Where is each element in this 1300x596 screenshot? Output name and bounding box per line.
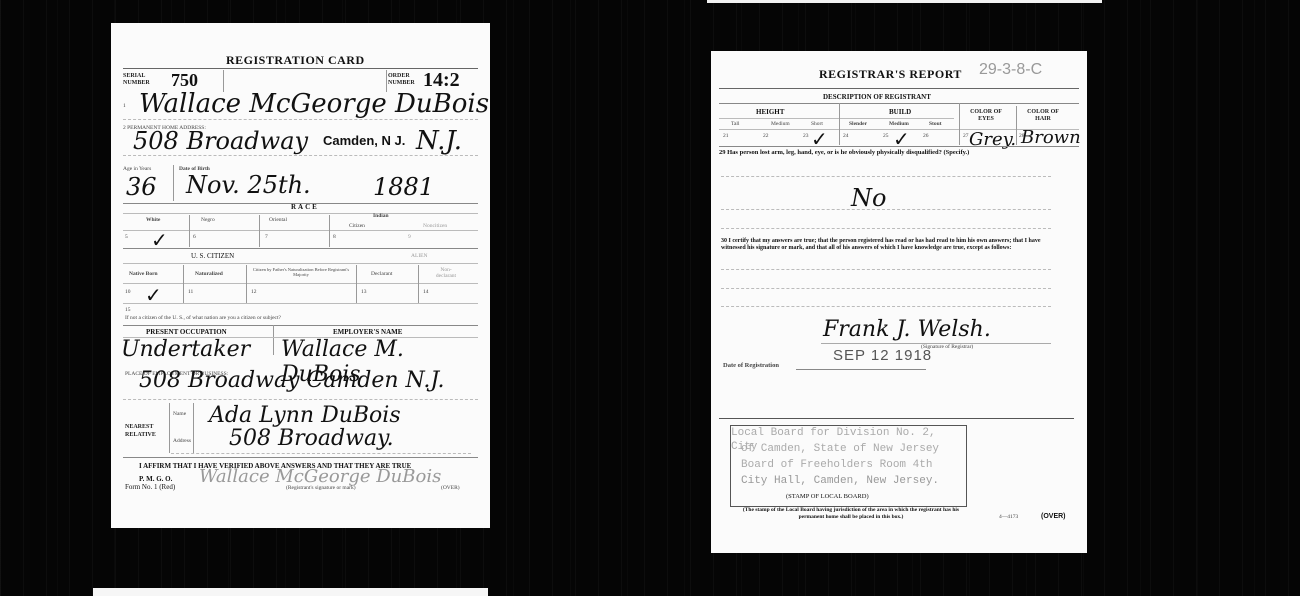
- relative-address: 508 Broadway.: [229, 426, 394, 451]
- home-city: Camden, N J.: [323, 133, 405, 148]
- occupation-value: Undertaker: [121, 337, 250, 362]
- form-number: Form No. 1 (Red): [125, 483, 175, 491]
- order-label: ORDER NUMBER: [388, 73, 418, 87]
- report-title: REGISTRAR'S REPORT: [819, 67, 962, 82]
- alien-header: ALIEN: [411, 253, 428, 259]
- race-header: RACE: [291, 203, 319, 211]
- occupation-header: PRESENT OCCUPATION: [146, 328, 227, 336]
- date-label: Date of Registration: [723, 362, 779, 369]
- description-header: DESCRIPTION OF REGISTRANT: [823, 93, 931, 101]
- serial-number: 750: [171, 70, 198, 91]
- card-title: REGISTRATION CARD: [226, 53, 365, 68]
- relative-name: Ada Lynn DuBois: [209, 403, 401, 428]
- q15-text: If not a citizen of the U. S., of what n…: [125, 315, 281, 321]
- dob-month-day: Nov. 25th.: [186, 171, 311, 199]
- registrar-signature: Frank J. Welsh.: [823, 317, 991, 342]
- registrars-report-card: REGISTRAR'S REPORT 29-3-8-C DESCRIPTION …: [711, 51, 1087, 553]
- employer-header: EMPLOYER'S NAME: [333, 328, 402, 336]
- q29-text: 29 Has person lost arm, leg, hand, eye, …: [719, 149, 1079, 157]
- hair-color: Brown: [1021, 127, 1081, 148]
- pmgo-label: P. M. G. O.: [139, 475, 172, 483]
- report-code: 29-3-8-C: [979, 61, 1042, 79]
- stamp-note: (The stamp of the Local Board having jur…: [731, 507, 971, 521]
- place-of-employment: 508 Broadway Camden N.J.: [139, 368, 445, 393]
- home-address: 508 Broadway: [133, 127, 308, 155]
- q29-answer: No: [851, 184, 886, 212]
- citizen-header: U. S. CITIZEN: [191, 252, 234, 260]
- registration-card: REGISTRATION CARD SERIAL NUMBER 750 ORDE…: [111, 23, 490, 528]
- height-short-checkmark: ✓: [811, 127, 828, 151]
- registrant-name: Wallace McGeorge DuBois: [139, 89, 489, 119]
- age-value: 36: [126, 173, 157, 201]
- registration-date-stamp: SEP 12 1918: [833, 347, 932, 364]
- registrant-signature: Wallace McGeorge DuBois: [199, 466, 441, 487]
- build-medium-checkmark: ✓: [893, 127, 910, 151]
- serial-label: SERIAL NUMBER: [123, 73, 153, 87]
- dob-year: 1881: [373, 173, 434, 201]
- local-board-stamp-box: Local Board for Division No. 2, City of …: [730, 425, 967, 507]
- adjacent-card-edge-top: [707, 0, 1102, 3]
- q30-text: 30 I certify that my answers are true; t…: [721, 238, 1066, 252]
- home-state: N.J.: [416, 126, 462, 156]
- age-label: Age in Years: [123, 166, 151, 172]
- adjacent-card-edge-bottom-left: [93, 588, 488, 596]
- over-label: (OVER): [1041, 513, 1066, 520]
- nearest-relative-label: NEAREST RELATIVE: [125, 423, 161, 439]
